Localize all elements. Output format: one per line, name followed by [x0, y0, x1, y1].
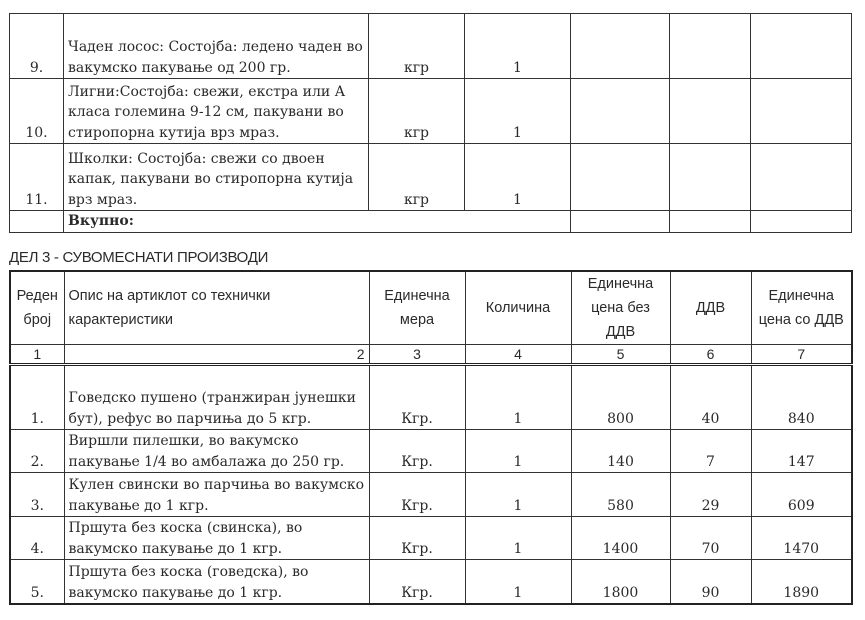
total-price: [571, 211, 670, 233]
header-desc: Опис на артиклот со технички карактерист…: [64, 271, 369, 345]
colnum: 5: [571, 345, 670, 365]
quantity: 1: [465, 560, 571, 605]
total-row: Вкупно:: [10, 211, 852, 233]
vat-amount: [670, 144, 751, 211]
row-number: 4.: [10, 517, 64, 560]
unit-price: 140: [571, 430, 670, 473]
table-row: 10.Лигни:Состојба: свежи, екстра или А к…: [10, 79, 852, 144]
item-description: Пршута без коска (говедска), во вакумско…: [64, 560, 369, 605]
quantity: 1: [465, 144, 571, 211]
table-row: 1.Говедско пушено (транжиран јунешки бут…: [10, 365, 852, 430]
total-blank: [10, 211, 64, 233]
item-description: Школки: Состојба: свежи со двоен капак, …: [64, 144, 369, 211]
price-with-vat: 1890: [751, 560, 852, 605]
price-with-vat: 609: [751, 473, 852, 517]
row-number: 10.: [10, 79, 64, 144]
header-unit: Единечна мера: [369, 271, 465, 345]
header-price: Единечна цена без ДДВ: [571, 271, 670, 345]
price-with-vat: [751, 14, 852, 79]
row-number: 11.: [10, 144, 64, 211]
colnum: 1: [10, 345, 64, 365]
unit-price: 1800: [571, 560, 670, 605]
unit-measure: кгр: [369, 79, 465, 144]
quantity: 1: [465, 14, 571, 79]
table-row: 5.Пршута без коска (говедска), во вакумс…: [10, 560, 852, 605]
total-label: Вкупно:: [64, 211, 571, 233]
item-description: Пршута без коска (свинска), во вакумско …: [64, 517, 369, 560]
unit-price: [571, 144, 670, 211]
header-no: Реден број: [10, 271, 64, 345]
vat-amount: 70: [670, 517, 751, 560]
price-with-vat: 1470: [751, 517, 852, 560]
table-row: 4.Пршута без коска (свинска), во вакумск…: [10, 517, 852, 560]
row-number: 2.: [10, 430, 64, 473]
row-number: 5.: [10, 560, 64, 605]
unit-price: [571, 79, 670, 144]
header-vat: ДДВ: [670, 271, 751, 345]
part2-table: 9.Чаден лосос: Состојба: ледено чаден во…: [9, 13, 852, 233]
vat-amount: 40: [670, 365, 751, 430]
table-row: 11.Школки: Состојба: свежи со двоен капа…: [10, 144, 852, 211]
unit-measure: Кгр.: [369, 517, 465, 560]
table-row: 9.Чаден лосос: Состојба: ледено чаден во…: [10, 14, 852, 79]
unit-measure: кгр: [369, 14, 465, 79]
total-vat: [670, 211, 751, 233]
column-number-row: 1 2 3 4 5 6 7: [10, 345, 852, 365]
vat-amount: 90: [670, 560, 751, 605]
quantity: 1: [465, 517, 571, 560]
header-qty: Количина: [465, 271, 571, 345]
header-row: Реден број Опис на артиклот со технички …: [10, 271, 852, 345]
unit-measure: Кгр.: [369, 365, 465, 430]
unit-measure: Кгр.: [369, 430, 465, 473]
row-number: 1.: [10, 365, 64, 430]
vat-amount: [670, 79, 751, 144]
quantity: 1: [465, 79, 571, 144]
colnum: 2: [64, 345, 369, 365]
item-description: Лигни:Состојба: свежи, екстра или А клас…: [64, 79, 369, 144]
table-row: 2.Виршли пилешки, во вакумско пакување 1…: [10, 430, 852, 473]
vat-amount: 29: [670, 473, 751, 517]
price-with-vat: [751, 79, 852, 144]
price-with-vat: [751, 144, 852, 211]
unit-measure: Кгр.: [369, 560, 465, 605]
unit-price: 1400: [571, 517, 670, 560]
unit-price: [571, 14, 670, 79]
colnum: 3: [369, 345, 465, 365]
unit-measure: Кгр.: [369, 473, 465, 517]
quantity: 1: [465, 473, 571, 517]
colnum: 6: [670, 345, 751, 365]
price-with-vat: 147: [751, 430, 852, 473]
colnum: 4: [465, 345, 571, 365]
price-with-vat: 840: [751, 365, 852, 430]
item-description: Кулен свински во парчиња во вакумско пак…: [64, 473, 369, 517]
quantity: 1: [465, 365, 571, 430]
table-row: 3.Кулен свински во парчиња во вакумско п…: [10, 473, 852, 517]
vat-amount: [670, 14, 751, 79]
unit-price: 800: [571, 365, 670, 430]
section-title: ДЕЛ 3 - СУВОМЕСНАТИ ПРОИЗВОДИ: [9, 249, 268, 266]
item-description: Чаден лосос: Состојба: ледено чаден во в…: [64, 14, 369, 79]
quantity: 1: [465, 430, 571, 473]
unit-measure: кгр: [369, 144, 465, 211]
item-description: Говедско пушено (транжиран јунешки бут),…: [64, 365, 369, 430]
total-sum: [751, 211, 852, 233]
colnum: 7: [751, 345, 852, 365]
row-number: 9.: [10, 14, 64, 79]
row-number: 3.: [10, 473, 64, 517]
vat-amount: 7: [670, 430, 751, 473]
item-description: Виршли пилешки, во вакумско пакување 1/4…: [64, 430, 369, 473]
unit-price: 580: [571, 473, 670, 517]
part3-table: Реден број Опис на артиклот со технички …: [9, 270, 853, 605]
header-total: Единечна цена со ДДВ: [751, 271, 852, 345]
